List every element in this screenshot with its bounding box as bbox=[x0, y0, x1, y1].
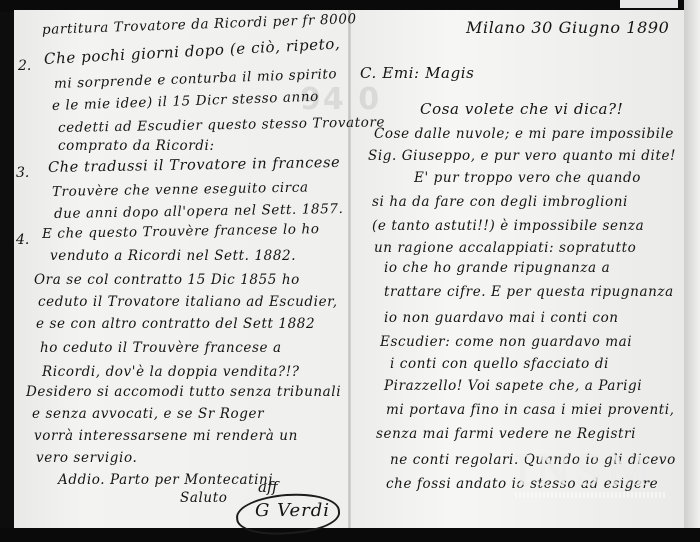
item-number-2: 2. bbox=[18, 58, 31, 74]
right-line-11: Escudier: come non guardavo mai bbox=[380, 334, 632, 350]
watermark-logo: INSM bbox=[515, 443, 654, 496]
left-line-12: Ora se col contratto 15 Dic 1855 ho bbox=[34, 272, 300, 288]
item-number-3: 3. bbox=[16, 165, 29, 181]
right-line-13: Pirazzello! Voi sapete che, a Parigi bbox=[384, 378, 642, 394]
item-number-4: 4. bbox=[16, 232, 29, 248]
right-line-1: Cosa volete che vi dica?! bbox=[420, 100, 623, 118]
right-line-15: senza mai farmi vedere ne Registri bbox=[376, 426, 636, 442]
right-line-3: Sig. Giuseppo, e pur vero quanto mi dite… bbox=[368, 148, 676, 164]
scan-right-margin bbox=[684, 0, 700, 542]
scan-top-tab bbox=[618, 0, 680, 10]
left-line-13: ceduto il Trovatore italiano ad Escudier… bbox=[38, 294, 338, 310]
left-line-19: vorrà interessarsene mi renderà un bbox=[34, 428, 298, 444]
left-line-6: comprato da Ricordi: bbox=[58, 138, 215, 154]
letter-salutation: C. Emi: Magis bbox=[360, 64, 474, 82]
left-line-22: Saluto bbox=[180, 490, 227, 506]
right-line-6: (e tanto astuti!!) è impossibile senza bbox=[372, 218, 644, 234]
right-line-2: Cose dalle nuvole; e mi pare impossibile bbox=[374, 126, 674, 142]
right-line-8: io che ho grande ripugnanza a bbox=[384, 260, 610, 276]
left-line-16: Ricordi, dov'è la doppia vendita?!? bbox=[42, 364, 300, 380]
right-line-12: i conti con quello sfacciato di bbox=[390, 356, 609, 372]
left-line-21: Addio. Parto per Montecatini bbox=[58, 472, 273, 488]
right-line-14: mi portava fino in casa i miei proventi, bbox=[386, 402, 675, 418]
left-line-14: e se con altro contratto del Sett 1882 bbox=[36, 316, 315, 332]
right-line-7: un ragione accalappiati: sopratutto bbox=[374, 240, 636, 256]
signature-name: G Verdi bbox=[255, 500, 330, 521]
right-line-9: trattare cifre. E per questa ripugnanza bbox=[384, 284, 674, 300]
scan-bottom-border bbox=[0, 528, 700, 542]
right-line-5: si ha da fare con degli imbroglioni bbox=[372, 194, 628, 210]
letter-date-header: Milano 30 Giugno 1890 bbox=[466, 18, 669, 37]
signature-initials: aff bbox=[258, 478, 278, 496]
left-line-20: vero servigio. bbox=[36, 450, 137, 466]
left-line-17: Desidero si accomodi tutto senza tribuna… bbox=[26, 384, 341, 400]
left-line-18: e senza avvocati, e se Sr Roger bbox=[32, 406, 264, 422]
right-line-4: E' pur troppo vero che quando bbox=[414, 170, 641, 186]
watermark-underline bbox=[515, 492, 665, 498]
left-line-15: ho ceduto il Trouvère francese a bbox=[40, 340, 282, 356]
right-line-10: io non guardavo mai i conti con bbox=[384, 310, 619, 326]
left-line-11: venduto a Ricordi nel Sett. 1882. bbox=[50, 248, 296, 264]
